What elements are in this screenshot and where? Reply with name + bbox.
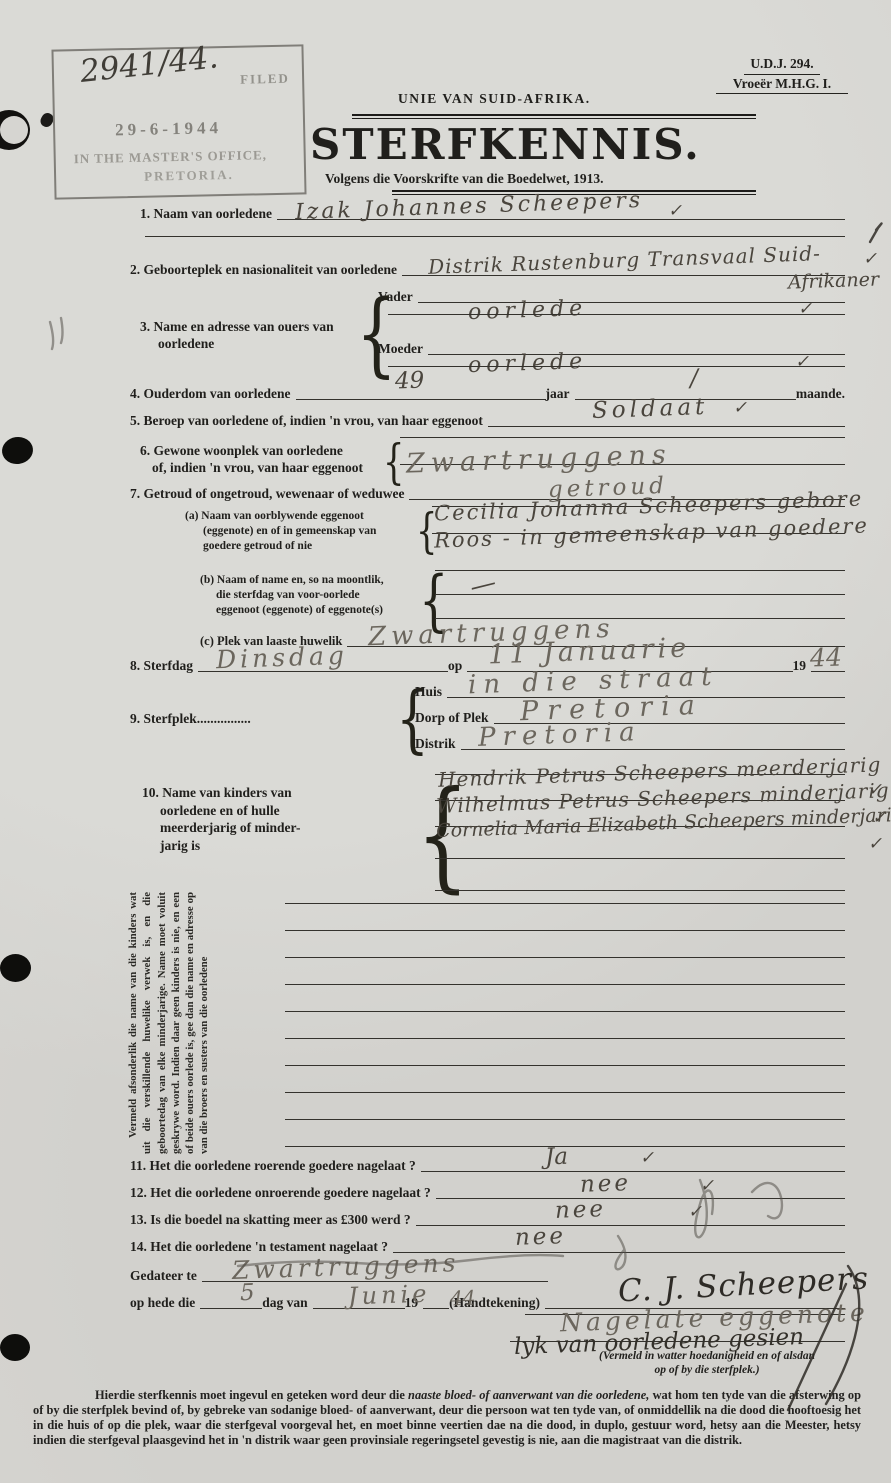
- field-3-moeder-row: Moeder: [378, 341, 845, 358]
- field-3-label-line1: 3. Name en adresse van ouers van: [140, 318, 334, 336]
- moeder-line2: [388, 366, 845, 367]
- field-14-row: 14. Het die oorledene 'n testament nagel…: [130, 1239, 845, 1256]
- punch-hole: [0, 954, 31, 982]
- field-11-line: [421, 1171, 845, 1172]
- form-title: STERFKENNIS.: [310, 120, 701, 169]
- blank-line: [285, 903, 845, 904]
- check-mark: ✓: [640, 1150, 655, 1167]
- field-12-line: [436, 1198, 845, 1199]
- gedateer-label: Gedateer te: [130, 1268, 197, 1285]
- check-mark: ✓: [795, 354, 810, 371]
- hw-dated-year: 44: [450, 1288, 476, 1309]
- hw-death-district: Pretoria: [478, 719, 642, 751]
- filing-stamp: 2941/44. FILED 29-6-1944 IN THE MASTER'S…: [51, 44, 306, 199]
- stamp-filed-label: FILED: [240, 71, 290, 88]
- punch-hole: [0, 435, 34, 466]
- field-10-label-line3: meerderjarig of minder-: [142, 819, 300, 837]
- field-4-label: 4. Ouderdom van oorledene: [130, 386, 291, 403]
- field-11-label: 11. Het die oorledene roerende goedere n…: [130, 1158, 416, 1175]
- maande-label: maande.: [796, 386, 845, 403]
- capacity-caption-line1: (Vermeld in watter hoedanigheid en of al…: [548, 1349, 866, 1363]
- hw-predeceased-dash: —: [467, 569, 499, 601]
- hw-death-year: 44: [810, 644, 843, 670]
- field-1-label: 1. Naam van oorledene: [140, 206, 272, 223]
- field-13-line: [416, 1225, 845, 1226]
- check-mark: ✓: [688, 1204, 703, 1221]
- hw-residence: Zwartruggens: [406, 441, 673, 477]
- form-reference-block: U.D.J. 294. Vroeër M.H.G. I.: [716, 55, 848, 94]
- field-3-label-line2: oorledene: [158, 335, 214, 353]
- children-instruction-text: Vermeld afsonderlik die name van die kin…: [126, 892, 212, 1154]
- field-8-label: 8. Sterfdag: [130, 658, 193, 675]
- check-mark: ✓: [868, 836, 883, 853]
- year-line: [423, 1308, 449, 1309]
- field-14-line: [393, 1252, 845, 1253]
- field-11-row: 11. Het die oorledene roerende goedere n…: [130, 1158, 845, 1175]
- country-heading: UNIE VAN SUID-AFRIKA.: [398, 90, 591, 108]
- stamp-office-line1: IN THE MASTER'S OFFICE,: [74, 147, 268, 167]
- hw-dated-month: Junie: [348, 1282, 431, 1309]
- hw-occupation: Soldaat: [592, 396, 709, 423]
- blank-line: [285, 1011, 845, 1012]
- stamp-date: 29-6-1944: [115, 118, 222, 140]
- jaar-label: jaar: [546, 386, 570, 403]
- moeder-label: Moeder: [378, 341, 423, 358]
- blank-line: [285, 957, 845, 958]
- check-mark: ✓: [798, 301, 813, 318]
- year-prefix: 19: [793, 658, 807, 675]
- field-13-label: 13. Is die boedel na skatting meer as £3…: [130, 1212, 411, 1229]
- field-2-label: 2. Geboorteplek en nasionaliteit van oor…: [130, 262, 397, 279]
- field-7b-line1: [435, 570, 845, 571]
- ophede-label: op hede die: [130, 1295, 195, 1312]
- field-3-vader-row: Vader: [378, 289, 845, 306]
- hw-moeder: oorlede: [468, 351, 588, 377]
- field-12-label: 12. Het die oorledene onroerende goedere…: [130, 1185, 431, 1202]
- check-mark: ✓: [872, 810, 887, 827]
- capacity-caption-line2: op of by die sterfplek.): [548, 1363, 866, 1377]
- hw-immovable-property: nee: [580, 1172, 632, 1197]
- field-7a-label-line2: (eggenote) en of in gemeenskap van: [185, 524, 376, 539]
- huis-label: Huis: [415, 684, 442, 701]
- field-7a-label-line1: (a) Naam van oorblywende eggenoot: [185, 509, 376, 524]
- form-subtitle: Volgens die Voorskrifte van die Boedelwe…: [325, 170, 604, 188]
- field-5-label: 5. Beroep van oorledene of, indien 'n vr…: [130, 413, 483, 430]
- field-7b-label-line3: eggenoot (eggenote) of eggenote(s): [200, 603, 384, 618]
- field-6-label-line1: 6. Gewone woonplek van oorledene: [140, 442, 343, 460]
- punch-hole-ring-inner: [0, 116, 28, 144]
- field-4-jaar-line: [296, 399, 546, 400]
- instructions-italic: naaste bloed- of aanverwant van die oorl…: [408, 1388, 649, 1402]
- instructions-paragraph: Hierdie sterfkennis moet ingevul en gete…: [33, 1388, 861, 1449]
- blank-line: [285, 1092, 845, 1093]
- blank-line: [285, 1038, 845, 1039]
- field-7a-label-line3: goedere getroud of nie: [185, 539, 376, 554]
- stamp-office-line2: PRETORIA.: [144, 167, 234, 185]
- field-6-brace: {: [383, 438, 404, 486]
- field-10-line4: [435, 858, 845, 859]
- field-7b-label-line1: (b) Naam of name en, so na moontlik,: [200, 573, 384, 588]
- dagvan-label: dag van: [262, 1295, 307, 1312]
- field-7b-label: (b) Naam of name en, so na moontlik, die…: [200, 573, 384, 618]
- field-5-line: [488, 426, 845, 427]
- field-10-label-line4: jarig is: [142, 837, 300, 855]
- hw-dated-day: 5: [240, 1282, 255, 1305]
- field-7b-label-line2: die sterfdag van voor-oorlede: [200, 588, 384, 603]
- hw-death-day: Dinsdag: [216, 643, 349, 673]
- check-mark: ✓: [868, 782, 883, 799]
- hw-estate-value: nee: [555, 1198, 607, 1223]
- field-10-line5: [435, 890, 845, 891]
- check-mark: ✓: [733, 400, 748, 417]
- field-10-label-line1: 10. Name van kinders van: [142, 784, 300, 802]
- death-notice-form-page: 2941/44. FILED 29-6-1944 IN THE MASTER'S…: [0, 0, 891, 1483]
- hw-age-years: 49: [395, 369, 425, 393]
- form-reference-old: Vroeër M.H.G. I.: [716, 75, 848, 95]
- instructions-start: Hierdie sterfkennis moet ingevul en gete…: [95, 1388, 408, 1402]
- field-10-label: 10. Name van kinders van oorledene en of…: [142, 784, 300, 854]
- day-line: [200, 1308, 262, 1309]
- field-1-line2: [145, 236, 845, 237]
- blank-line: [285, 984, 845, 985]
- field-10-label-line2: oorledene en of hulle: [142, 802, 300, 820]
- hw-vader: oorlede: [468, 298, 588, 324]
- hw-testament: nee: [515, 1225, 567, 1250]
- field-9-label: 9. Sterfplek................: [130, 710, 251, 728]
- field-13-row: 13. Is die boedel na skatting meer as £3…: [130, 1212, 845, 1229]
- hw-dated-place: Zwartruggens: [232, 1250, 460, 1283]
- field-12-row: 12. Het die oorledene onroerende goedere…: [130, 1185, 845, 1202]
- field-6-label-line2: of, indien 'n vrou, van haar eggenoot: [152, 459, 363, 477]
- hw-movable-property: Ja: [545, 1146, 569, 1170]
- distrik-label: Distrik: [415, 736, 456, 753]
- header-rule-top: [352, 114, 756, 119]
- children-instruction-note: Vermeld afsonderlik die name van die kin…: [120, 886, 270, 1154]
- field-6-line1: [400, 437, 845, 438]
- check-mark: ✓: [863, 251, 878, 268]
- field-7-label: 7. Getroud of ongetroud, wewenaar of wed…: [130, 486, 404, 503]
- hw-age-months-mark: /: [690, 366, 699, 390]
- vader-line2: [388, 314, 845, 315]
- punch-hole: [0, 1334, 30, 1361]
- check-mark: ✓: [700, 1178, 715, 1195]
- form-reference-number: U.D.J. 294.: [744, 55, 819, 75]
- blank-line: [285, 1065, 845, 1066]
- field-7a-label: (a) Naam van oorblywende eggenoot (eggen…: [185, 509, 376, 554]
- op-label: op: [448, 658, 462, 675]
- stamp-case-number: 2941/44.: [79, 42, 220, 88]
- blank-line: [285, 930, 845, 931]
- check-mark: ✓: [668, 203, 683, 220]
- blank-line: [285, 1119, 845, 1120]
- vader-label: Vader: [378, 289, 413, 306]
- capacity-caption: (Vermeld in watter hoedanigheid en of al…: [548, 1349, 866, 1378]
